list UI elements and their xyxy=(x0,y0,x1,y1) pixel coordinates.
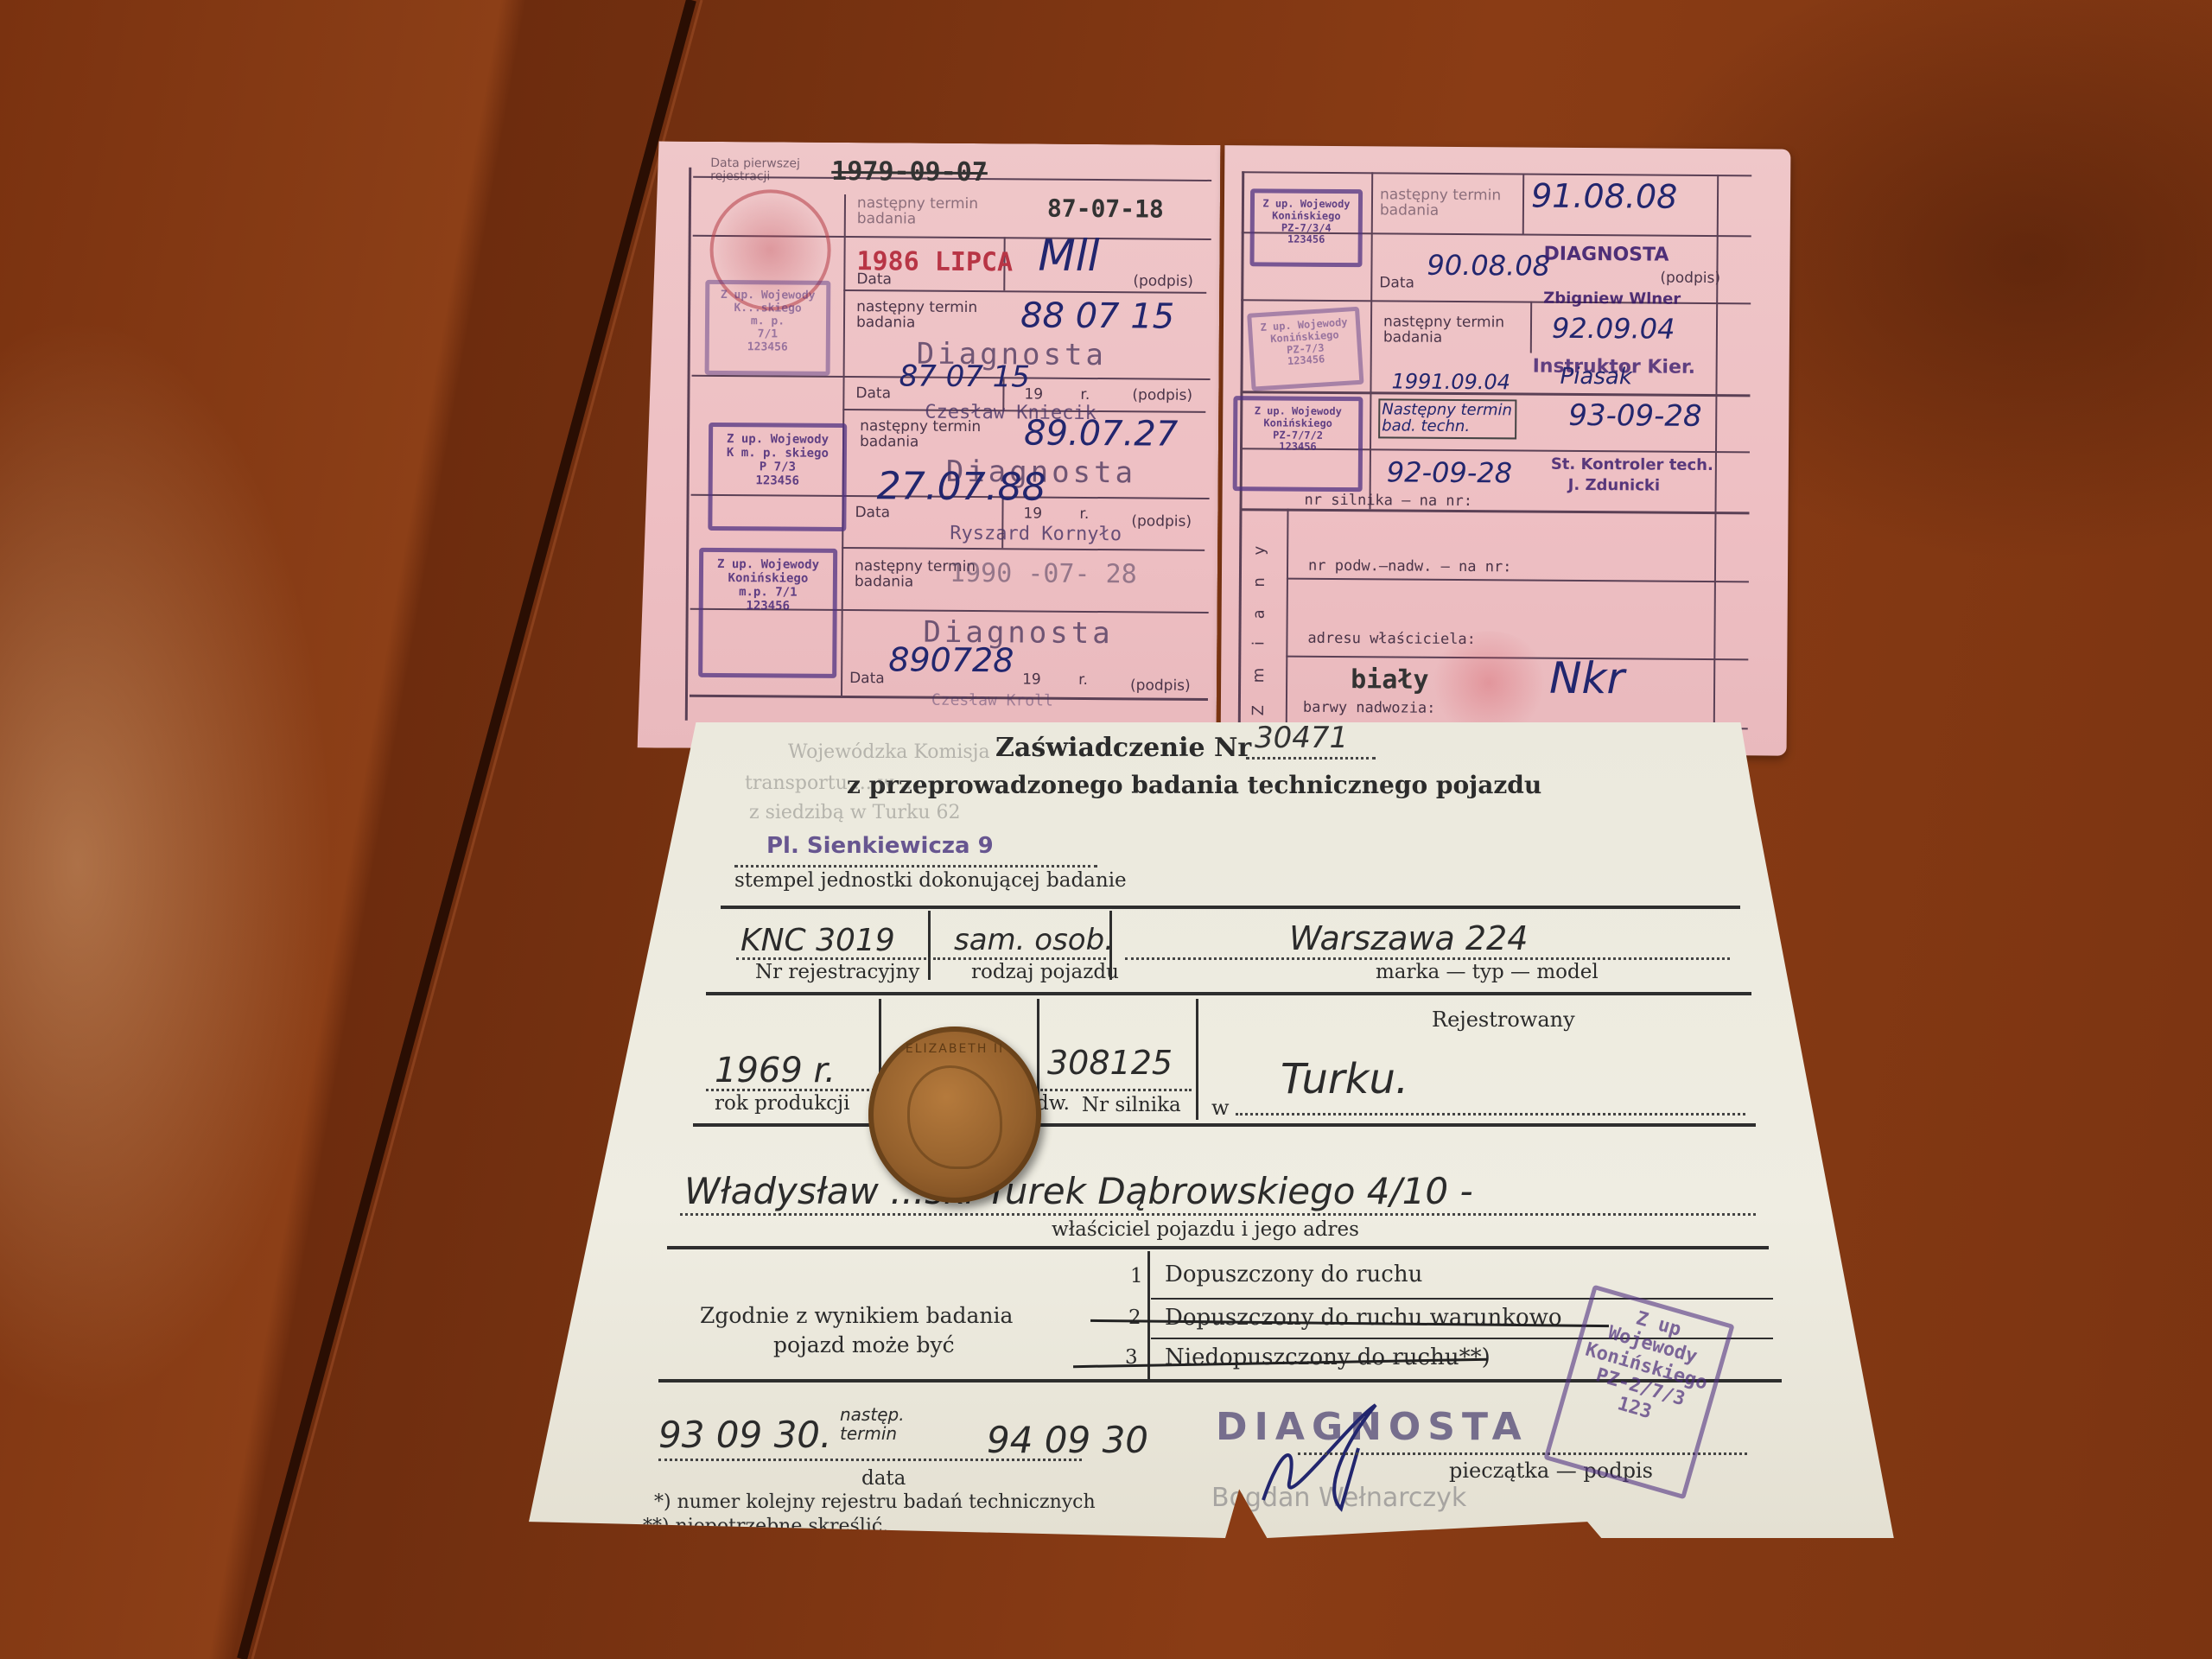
registration-number-label: Nr rejestracyjny xyxy=(755,961,919,983)
date-label: Data xyxy=(1379,276,1414,291)
authority-stamp: Z up. WojewodyKonińskiegoPZ-7/3/4123456 xyxy=(1249,188,1363,267)
inspection-date: 87 07 15 xyxy=(899,359,1030,394)
next-inspection-date: 92.09.04 xyxy=(1552,312,1675,346)
signature-label: (podpis) xyxy=(1133,274,1193,289)
booklet-left-page: Data pierwszej rejestracji 1979-09-07 na… xyxy=(638,141,1221,752)
instructor-name: Piasak xyxy=(1560,364,1632,391)
authority-stamp: Z up. WojewodyK m. p. skiegoP 7/3123456 xyxy=(708,423,847,531)
option-number: 1 xyxy=(1130,1265,1143,1287)
date-label: Data xyxy=(855,505,890,521)
inspection-date: 92-09-28 xyxy=(1387,455,1513,489)
engine-number-label: Nr silnika xyxy=(1082,1094,1181,1116)
make-model: Warszawa 224 xyxy=(1289,919,1528,957)
signature-label: (podpis) xyxy=(1130,678,1191,694)
year-suffix: r. xyxy=(1079,507,1089,523)
unit-stamp: Pl. Sienkiewicza 9 xyxy=(766,833,994,859)
signature-label: (podpis) xyxy=(1660,271,1720,287)
next-inspection-date: 1990 -07- 28 xyxy=(950,558,1137,590)
owner-label: właściciel pojazdu i jego adres xyxy=(1052,1218,1359,1241)
year-prefix: 19 xyxy=(1023,506,1042,522)
year-prefix: 19 xyxy=(1022,672,1041,688)
authority-stamp: Z up. WojewodyKonińskiegoPZ-7/3123456 xyxy=(1247,307,1363,391)
next-inspection-label: następny termin badania xyxy=(856,300,1003,332)
faded-stamp-line: z siedzibą w Turku 62 xyxy=(749,802,961,823)
date-label: Data xyxy=(849,671,885,687)
registration-booklet: Data pierwszej rejestracji 1979-09-07 na… xyxy=(638,141,1791,755)
certificate-number: 30471 xyxy=(1255,721,1348,755)
result-lead-line2: pojazd może być xyxy=(773,1332,955,1357)
change-field-label: nr silnika — na nr: xyxy=(1305,493,1473,510)
diagnostician-name: Czesław Kroll xyxy=(931,693,1053,710)
year-suffix: r. xyxy=(1078,673,1088,689)
owner-name-address: Władysław ...ski Turek Dąbrowskiego 4/10… xyxy=(684,1170,1473,1212)
diagnostician-name: Zbigniew Wlner xyxy=(1543,291,1681,308)
unit-label: stempel jednostki dokonującej badanie xyxy=(734,869,1127,892)
next-inspection-label: następny termin badania xyxy=(1383,315,1522,346)
vehicle-type-label: rodzaj pojazdu xyxy=(971,961,1119,983)
next-inspection-date: 91.08.08 xyxy=(1531,177,1678,216)
role-stamp: St. Kontroler tech. xyxy=(1551,457,1713,474)
production-year-label: rok produkcji xyxy=(715,1092,850,1115)
next-inspection-label: następny termin badania xyxy=(1380,188,1518,219)
footnote: **) niepotrzebne skreślić. xyxy=(643,1516,888,1537)
authority-stamp: Z up. WojewodyKonińskiegom.p. 7/1123456 xyxy=(698,548,837,678)
result-option-conditional: Dopuszczony do ruchu warunkowo xyxy=(1165,1305,1562,1331)
production-year: 1969 r. xyxy=(715,1051,836,1090)
first-registration-label: Data pierwszej rejestracji xyxy=(710,157,840,183)
signature-label: (podpis) xyxy=(1131,514,1192,530)
signature-scribble: Mll xyxy=(1038,231,1099,281)
vehicle-type: sam. osob. xyxy=(954,923,1114,957)
queen-profile-icon xyxy=(907,1065,1002,1169)
result-option-not-allowed: Niedopuszczony do ruchu**) xyxy=(1165,1344,1491,1370)
next-inspection-label: następny termin badania xyxy=(857,196,1004,228)
inspection-certificate: Zaświadczenie Nr 30471 z przeprowadzoneg… xyxy=(529,722,1922,1538)
next-inspection-label: Następny termin bad. techn. xyxy=(1378,398,1516,439)
faded-stamp-line: transportu ... w ... xyxy=(745,772,918,794)
first-registration-date: 1979-09-07 xyxy=(831,156,988,188)
booklet-right-page: Z up. WojewodyKonińskiegoPZ-7/3/4123456 … xyxy=(1221,145,1791,756)
next-inspection-date: 93-09-28 xyxy=(1568,398,1702,434)
authority-box-stamp: Z up Wojewody Konińskiego PZ-2/7/3 123 xyxy=(1543,1285,1734,1500)
coin-inscription: ELIZABETH II xyxy=(868,1042,1041,1056)
certificate-title: Zaświadczenie Nr xyxy=(995,733,1251,763)
year-suffix: r. xyxy=(1080,388,1090,404)
controller-name: J. Zdunicki xyxy=(1568,478,1660,495)
next-inspection-label: następny termin badania xyxy=(860,419,1007,451)
date-label: Data xyxy=(855,386,891,402)
next-inspection-date: 89.07.27 xyxy=(1024,413,1178,454)
coin: ELIZABETH II xyxy=(868,1027,1041,1203)
faded-stamp-line: Wojewódzka Komisja xyxy=(788,741,990,763)
result-lead-line1: Zgodnie z wynikiem badania xyxy=(700,1303,1013,1328)
inspection-date: 890728 xyxy=(888,640,1014,679)
diagnostician-name: Ryszard Kornyło xyxy=(950,524,1122,544)
inspection-date: 1991.09.04 xyxy=(1391,369,1510,394)
engine-number: 308125 xyxy=(1047,1044,1173,1082)
next-inspection-date: 94 09 30 xyxy=(987,1419,1148,1461)
change-field-label: barwy nadwozia: xyxy=(1303,701,1436,717)
body-color-value: biały xyxy=(1351,666,1429,694)
signature-scribble xyxy=(1246,1396,1436,1517)
registration-number: KNC 3019 xyxy=(741,923,895,958)
make-model-label: marka — typ — model xyxy=(1376,961,1599,983)
change-field-label: nr podw.—nadw. — na nr: xyxy=(1308,559,1512,575)
authority-stamp: Z up. WojewodyKonińskiegoPZ-7/7/2123456 xyxy=(1233,396,1363,492)
red-seal-icon xyxy=(1428,631,1550,735)
role-stamp: DIAGNOSTA xyxy=(1543,245,1669,265)
footnote: *) numer kolejny rejestru badań technicz… xyxy=(654,1491,1096,1513)
certificate-subtitle: z przeprowadzonego badania technicznego … xyxy=(847,771,1541,799)
date-label: Data xyxy=(856,272,892,288)
signature-label: (podpis) xyxy=(1132,388,1192,404)
inspection-date: 93 09 30. xyxy=(658,1414,831,1456)
changes-side-label: Z m i a n y xyxy=(1251,517,1270,715)
next-inspection-date: 88 07 15 xyxy=(1020,296,1174,336)
registered-in-prefix: w xyxy=(1211,1096,1230,1120)
inspection-date: 27.07.88 xyxy=(877,464,1046,509)
option-number: 2 xyxy=(1128,1306,1141,1329)
year-prefix: 19 xyxy=(1024,387,1043,403)
next-inspection-label: następ. termin xyxy=(840,1405,909,1443)
inspection-date: 90.08.08 xyxy=(1427,249,1550,283)
registered-label: Rejestrowany xyxy=(1432,1007,1575,1032)
signature-scribble: Nkr xyxy=(1549,653,1624,704)
registered-city: Turku. xyxy=(1281,1055,1408,1103)
authority-stamp: Z up. WojewodyK...skiegom. p.7/1123456 xyxy=(705,280,831,376)
next-inspection-date: 87-07-18 xyxy=(1047,194,1164,224)
result-option-allowed: Dopuszczony do ruchu xyxy=(1165,1262,1422,1287)
date-label: data xyxy=(861,1467,906,1490)
